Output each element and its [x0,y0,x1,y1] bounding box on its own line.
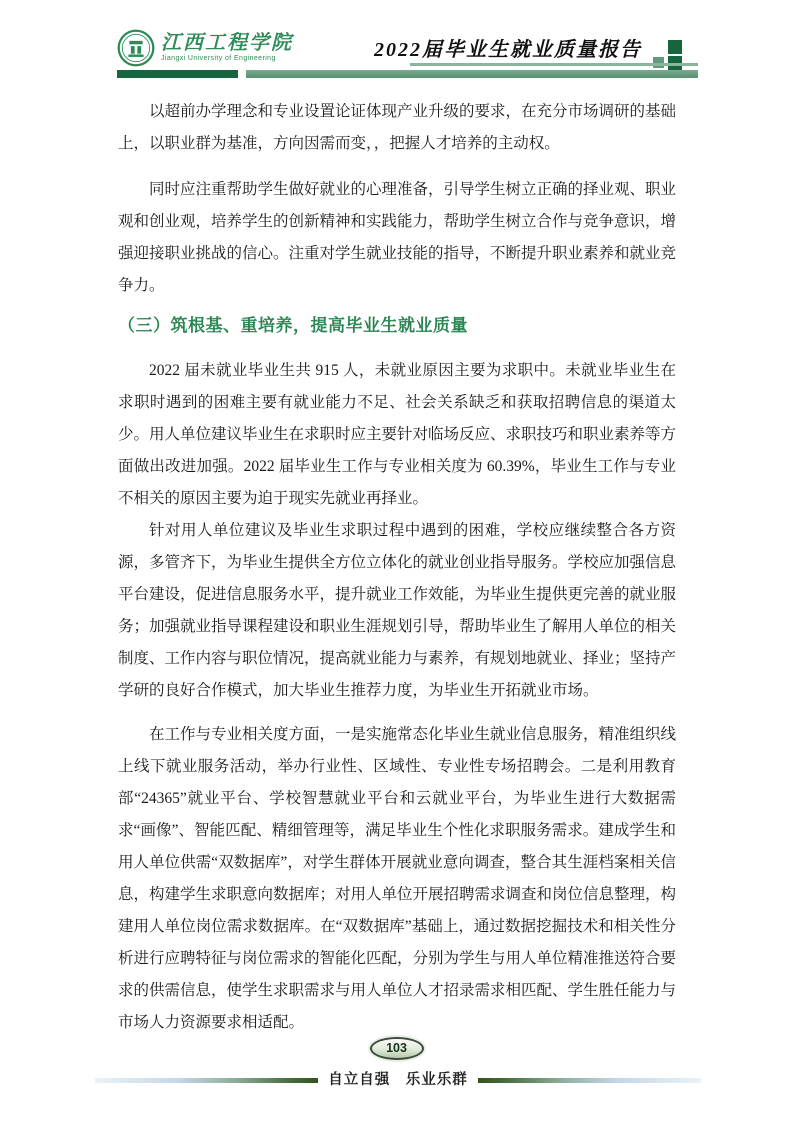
footer-motto: 自立自强 乐业乐群 [95,1071,701,1089]
header-rule [117,70,698,78]
university-logo: 江西工程学院 Jiangxi University of Engineering [117,29,293,67]
report-title: 2022届毕业生就业质量报告 [370,37,642,63]
header-title-underline [410,63,698,66]
decor-square-dark-top [668,40,682,54]
paragraph-4: 针对用人单位建议及毕业生求职过程中遇到的困难，学校应继续整合各方资源，多管齐下，… [118,515,676,707]
document-body: 以超前办学理念和专业设置论证体现产业升级的要求，在充分市场调研的基础上，以职业群… [118,96,676,1039]
paragraph-2: 同时应注重帮助学生做好就业的心理准备，引导学生树立正确的择业观、职业观和创业观，… [118,174,676,302]
decor-squares-icon [650,38,688,72]
header-rule-dark-segment [117,70,238,78]
paragraph-3: 2022 届未就业毕业生共 915 人，未就业原因主要为求职中。未就业毕业生在求… [118,355,676,515]
footer-motto-text: 自立自强 乐业乐群 [328,1071,468,1089]
footer-rule-right [478,1078,701,1083]
page-number-badge: 103 [370,1037,424,1060]
section-heading: （三）筑根基、重培养，提高毕业生就业质量 [118,312,676,339]
report-page: 江西工程学院 Jiangxi University of Engineering… [0,0,793,1122]
footer-rule-left [95,1078,318,1083]
paragraph-5: 在工作与专业相关度方面，一是实施常态化毕业生就业信息服务，精准组织线上线下就业服… [118,719,676,1039]
university-seal-icon [117,29,155,67]
university-name: 江西工程学院 Jiangxi University of Engineering [161,33,293,63]
university-name-zh: 江西工程学院 [161,33,293,54]
university-name-en: Jiangxi University of Engineering [161,54,293,63]
paragraph-1: 以超前办学理念和专业设置论证体现产业升级的要求，在充分市场调研的基础上，以职业群… [118,96,676,160]
header-rule-light-segment [246,70,698,78]
